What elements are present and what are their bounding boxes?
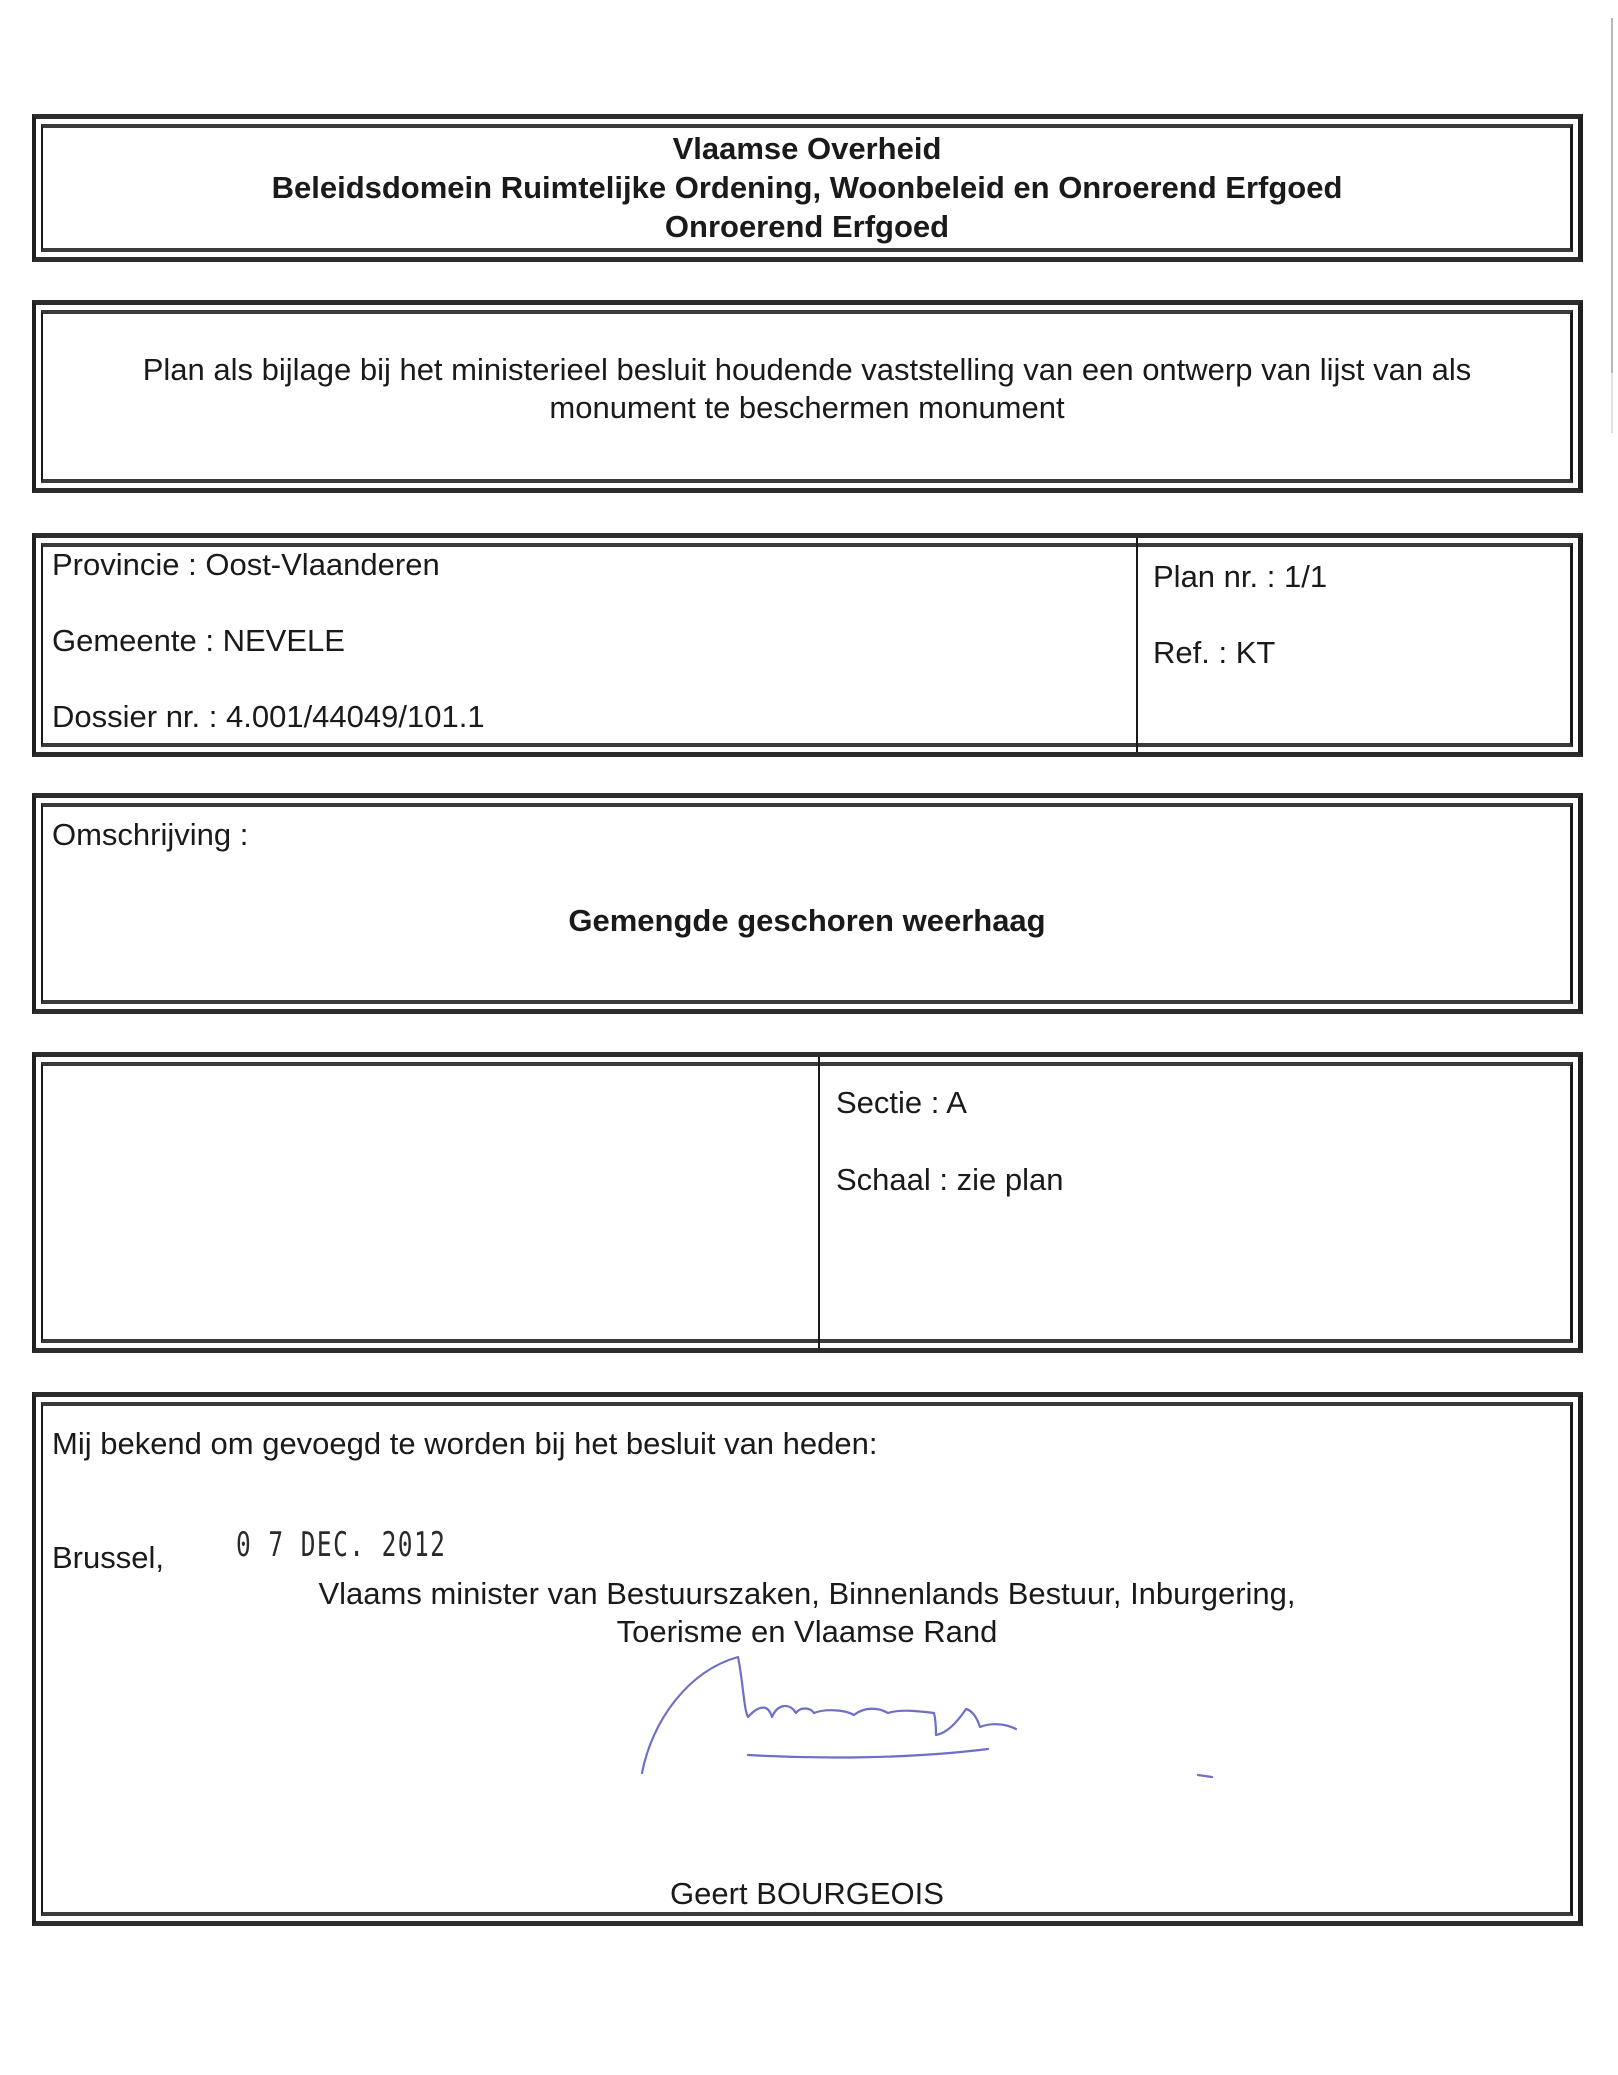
minister-title-line-2: Toerisme en Vlaamse Rand xyxy=(36,1613,1578,1651)
subject-line-2: monument te beschermen monument xyxy=(36,389,1578,427)
column-divider xyxy=(1136,538,1138,752)
location-box: Provincie : Oost-Vlaanderen Gemeente : N… xyxy=(32,533,1583,757)
approval-place: Brussel, xyxy=(52,1539,164,1577)
policy-domain: Beleidsdomein Ruimtelijke Ordening, Woon… xyxy=(36,168,1578,207)
scanner-edge-line xyxy=(1611,18,1613,373)
column-divider xyxy=(818,1057,820,1348)
gemeente-field: Gemeente : NEVELE xyxy=(52,622,345,660)
description-label: Omschrijving : xyxy=(52,816,248,854)
date-stamp: 0 7 DEC. 2012 xyxy=(236,1525,446,1565)
description-value: Gemengde geschoren weerhaag xyxy=(36,901,1578,940)
plan-nr-field: Plan nr. : 1/1 xyxy=(1153,558,1327,596)
sectie-field: Sectie : A xyxy=(836,1084,967,1122)
cadastre-box: Sectie : A Schaal : zie plan xyxy=(32,1052,1583,1353)
minister-title-line-1: Vlaams minister van Bestuurszaken, Binne… xyxy=(36,1575,1578,1613)
dossier-field: Dossier nr. : 4.001/44049/101.1 xyxy=(52,698,485,736)
approval-intro: Mij bekend om gevoegd te worden bij het … xyxy=(52,1425,877,1463)
description-box: Omschrijving : Gemengde geschoren weerha… xyxy=(32,793,1583,1014)
signatory-name: Geert BOURGEOIS xyxy=(36,1875,1578,1913)
agency-name: Onroerend Erfgoed xyxy=(36,207,1578,246)
approval-box: Mij bekend om gevoegd te worden bij het … xyxy=(32,1392,1583,1926)
scanner-edge-line-faint xyxy=(1611,373,1613,433)
subject-line-1: Plan als bijlage bij het ministerieel be… xyxy=(36,351,1578,389)
schaal-field: Schaal : zie plan xyxy=(836,1161,1063,1199)
provincie-field: Provincie : Oost-Vlaanderen xyxy=(52,546,440,584)
authority-header-box: Vlaamse Overheid Beleidsdomein Ruimtelij… xyxy=(32,114,1583,262)
subject-box: Plan als bijlage bij het ministerieel be… xyxy=(32,300,1583,493)
ref-field: Ref. : KT xyxy=(1153,634,1275,672)
handwritten-signature-icon xyxy=(618,1651,1318,1801)
authority-name: Vlaamse Overheid xyxy=(36,129,1578,168)
frame-inner-rule xyxy=(41,1062,1573,1343)
